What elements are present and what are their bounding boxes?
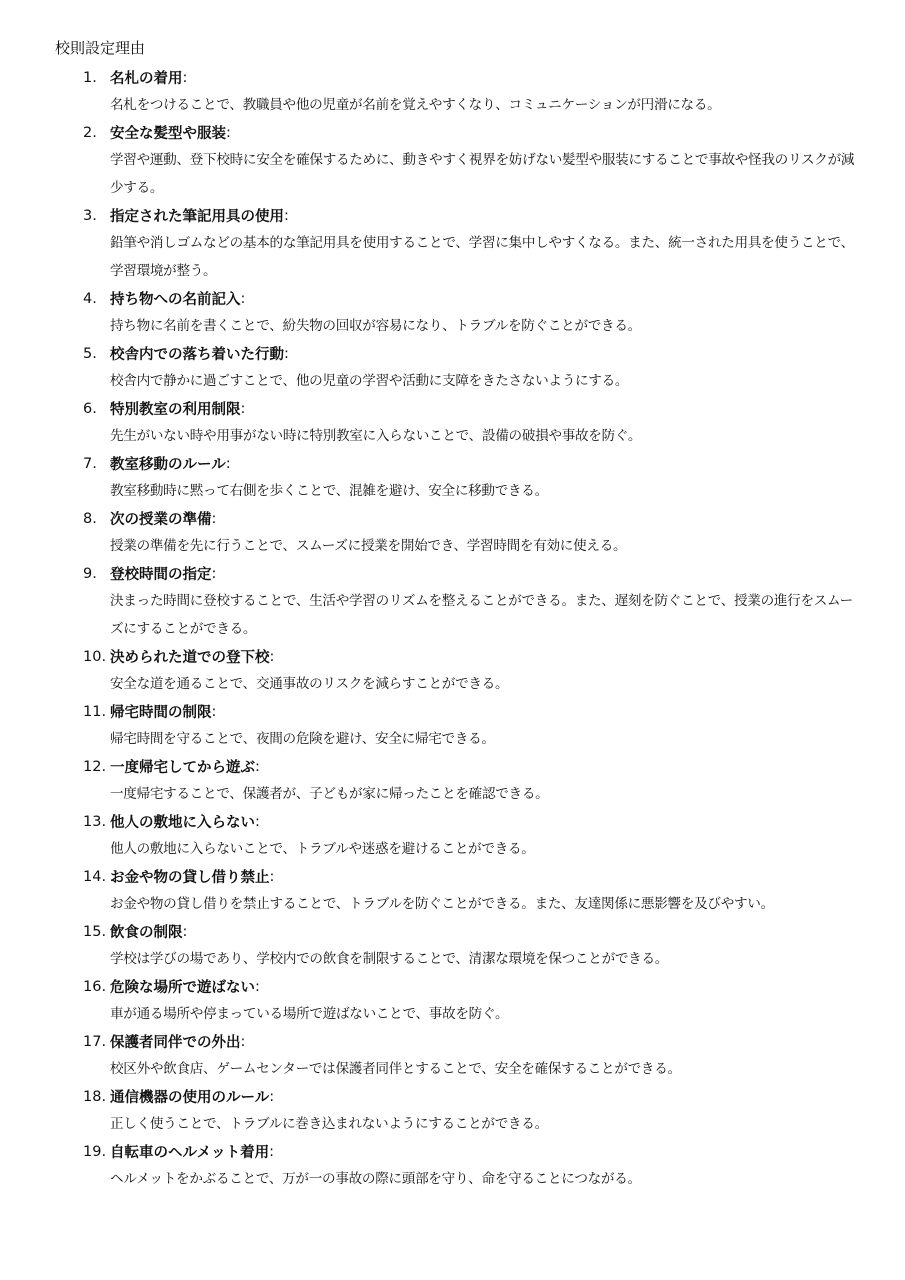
rule-heading: 1. 名札の着用: [83, 64, 863, 91]
rule-item: 6. 特別教室の利用制限: 先生がいない時や用事がない時に特別教室に入らないこと… [83, 395, 863, 450]
rule-item: 15. 飲食の制限: 学校は学びの場であり、学校内での飲食を制限することで、清潔… [83, 918, 863, 973]
rule-item: 7. 教室移動のルール: 教室移動時に黙って右側を歩くことで、混雑を避け、安全に… [83, 450, 863, 505]
rule-item: 11. 帰宅時間の制限: 帰宅時間を守ることで、夜間の危険を避け、安全に帰宅でき… [83, 698, 863, 753]
rule-number: 19. [83, 1144, 110, 1160]
rule-label: 次の授業の準備 [110, 508, 212, 529]
rule-label: 校舎内での落ち着いた行動 [110, 343, 284, 364]
rule-label: 安全な髪型や服装 [110, 122, 226, 143]
rule-number: 7. [83, 456, 110, 472]
rule-label: 教室移動のルール [110, 453, 226, 474]
rule-description: 学習や運動、登下校時に安全を確保するために、動きやすく視界を妨げない髪型や服装に… [110, 146, 863, 202]
rule-colon: : [241, 291, 246, 307]
rule-item: 19. 自転車のヘルメット着用: ヘルメットをかぶることで、万が一の事故の際に頭… [83, 1138, 863, 1193]
rule-item: 13. 他人の敷地に入らない: 他人の敷地に入らないことで、トラブルや迷惑を避け… [83, 808, 863, 863]
rule-colon: : [241, 1034, 246, 1050]
rule-label: 特別教室の利用制限 [110, 398, 241, 419]
rule-heading: 19. 自転車のヘルメット着用: [83, 1138, 863, 1165]
rule-number: 11. [83, 704, 110, 720]
rule-number: 12. [83, 759, 110, 775]
rule-colon: : [241, 401, 246, 417]
rule-number: 9. [83, 566, 110, 582]
rule-heading: 12. 一度帰宅してから遊ぶ: [83, 753, 863, 780]
rule-item: 2. 安全な髪型や服装: 学習や運動、登下校時に安全を確保するために、動きやすく… [83, 119, 863, 202]
rule-item: 5. 校舎内での落ち着いた行動: 校舎内で静かに過ごすことで、他の児童の学習や活… [83, 340, 863, 395]
rule-colon: : [270, 869, 275, 885]
rule-heading: 10. 決められた道での登下校: [83, 643, 863, 670]
rule-heading: 13. 他人の敷地に入らない: [83, 808, 863, 835]
rule-description: ヘルメットをかぶることで、万が一の事故の際に頭部を守り、命を守ることにつながる。 [110, 1165, 863, 1193]
rule-heading: 4. 持ち物への名前記入: [83, 285, 863, 312]
rule-heading: 9. 登校時間の指定: [83, 560, 863, 587]
rule-colon: : [270, 649, 275, 665]
rule-description: 先生がいない時や用事がない時に特別教室に入らないことで、設備の破損や事故を防ぐ。 [110, 422, 863, 450]
rule-colon: : [183, 70, 188, 86]
rule-number: 17. [83, 1034, 110, 1050]
rule-item: 18. 通信機器の使用のルール : 正しく使うことで、トラブルに巻き込まれないよ… [83, 1083, 863, 1138]
rule-heading: 17. 保護者同伴での外出: [83, 1028, 863, 1055]
rule-item: 3. 指定された筆記用具の使用: 鉛筆や消しゴムなどの基本的な筆記用具を使用する… [83, 202, 863, 285]
rule-number: 16. [83, 979, 110, 995]
rule-description: 正しく使うことで、トラブルに巻き込まれないようにすることができる。 [110, 1110, 863, 1138]
rule-label: 登校時間の指定 [110, 563, 212, 584]
rule-description: 他人の敷地に入らないことで、トラブルや迷惑を避けることができる。 [110, 835, 863, 863]
rule-label: 飲食の制限 [110, 921, 183, 942]
rule-colon: : [183, 924, 188, 940]
rule-label: 一度帰宅してから遊ぶ [110, 756, 255, 777]
rule-item: 4. 持ち物への名前記入: 持ち物に名前を書くことで、紛失物の回収が容易になり、… [83, 285, 863, 340]
document-title: 校則設定理由 [55, 37, 145, 59]
rule-label: 危険な場所で遊ばない [110, 976, 255, 997]
rule-number: 4. [83, 291, 110, 307]
document-page: 校則設定理由 1. 名札の着用: 名札をつけることで、教職員や他の児童が名前を覚… [0, 0, 905, 1280]
rule-colon: : [255, 759, 260, 775]
rule-number: 15. [83, 924, 110, 940]
rule-description: 一度帰宅することで、保護者が、子どもが家に帰ったことを確認できる。 [110, 780, 863, 808]
rule-heading: 16. 危険な場所で遊ばない: [83, 973, 863, 1000]
rule-number: 14. [83, 869, 110, 885]
rule-heading: 18. 通信機器の使用のルール : [83, 1083, 863, 1110]
rule-description: 名札をつけることで、教職員や他の児童が名前を覚えやすくなり、コミュニケーションが… [110, 91, 863, 119]
rule-colon: : [284, 346, 289, 362]
rule-label: 指定された筆記用具の使用 [110, 205, 284, 226]
rule-description: 学校は学びの場であり、学校内での飲食を制限することで、清潔な環境を保つことができ… [110, 945, 863, 973]
rule-colon: : [226, 456, 231, 472]
rule-colon: : [226, 125, 231, 141]
rule-label: 決められた道での登下校 [110, 646, 270, 667]
rule-item: 12. 一度帰宅してから遊ぶ: 一度帰宅することで、保護者が、子どもが家に帰った… [83, 753, 863, 808]
rule-description: 帰宅時間を守ることで、夜間の危険を避け、安全に帰宅できる。 [110, 725, 863, 753]
rule-item: 1. 名札の着用: 名札をつけることで、教職員や他の児童が名前を覚えやすくなり、… [83, 64, 863, 119]
rule-item: 17. 保護者同伴での外出: 校区外や飲食店、ゲームセンターでは保護者同伴とする… [83, 1028, 863, 1083]
rule-heading: 14. お金や物の貸し借り禁止: [83, 863, 863, 890]
rule-heading: 5. 校舎内での落ち着いた行動: [83, 340, 863, 367]
rule-colon: : [212, 704, 217, 720]
rule-heading: 2. 安全な髪型や服装: [83, 119, 863, 146]
rule-description: 決まった時間に登校することで、生活や学習のリズムを整えることができる。また、遅刻… [110, 587, 863, 643]
rule-number: 3. [83, 208, 110, 224]
rule-number: 8. [83, 511, 110, 527]
rule-description: 安全な道を通ることで、交通事故のリスクを減らすことができる。 [110, 670, 863, 698]
rule-description: 校舎内で静かに過ごすことで、他の児童の学習や活動に支障をきたさないようにする。 [110, 367, 863, 395]
rule-item: 10. 決められた道での登下校: 安全な道を通ることで、交通事故のリスクを減らす… [83, 643, 863, 698]
rule-number: 18. [83, 1089, 110, 1105]
rule-label: お金や物の貸し借り禁止 [110, 866, 270, 887]
rule-colon: : [284, 208, 289, 224]
rule-number: 1. [83, 70, 110, 86]
rule-label: 通信機器の使用のルール [110, 1086, 269, 1107]
rule-colon: : [212, 566, 217, 582]
rule-label: 保護者同伴での外出 [110, 1031, 241, 1052]
rule-number: 2. [83, 125, 110, 141]
rule-label: 他人の敷地に入らない [110, 811, 255, 832]
rule-heading: 6. 特別教室の利用制限: [83, 395, 863, 422]
rule-number: 13. [83, 814, 110, 830]
rule-heading: 7. 教室移動のルール: [83, 450, 863, 477]
rule-description: 鉛筆や消しゴムなどの基本的な筆記用具を使用することで、学習に集中しやすくなる。ま… [110, 229, 863, 285]
rule-label: 帰宅時間の制限 [110, 701, 212, 722]
rule-description: お金や物の貸し借りを禁止することで、トラブルを防ぐことができる。また、友達関係に… [110, 890, 863, 918]
rule-colon: : [255, 814, 260, 830]
rule-label: 名札の着用 [110, 67, 183, 88]
rule-item: 14. お金や物の貸し借り禁止: お金や物の貸し借りを禁止することで、トラブルを… [83, 863, 863, 918]
rule-colon: : [212, 511, 217, 527]
rule-number: 5. [83, 346, 110, 362]
rule-colon: : [255, 979, 260, 995]
rule-item: 9. 登校時間の指定: 決まった時間に登校することで、生活や学習のリズムを整える… [83, 560, 863, 643]
rule-heading: 3. 指定された筆記用具の使用: [83, 202, 863, 229]
rule-label: 持ち物への名前記入 [110, 288, 241, 309]
rules-list: 1. 名札の着用: 名札をつけることで、教職員や他の児童が名前を覚えやすくなり、… [83, 64, 863, 1193]
rule-heading: 8. 次の授業の準備: [83, 505, 863, 532]
rule-description: 車が通る場所や停まっている場所で遊ばないことで、事故を防ぐ。 [110, 1000, 863, 1028]
rule-label: 自転車のヘルメット着用 [110, 1141, 269, 1162]
rule-colon: : [269, 1089, 274, 1105]
rule-heading: 11. 帰宅時間の制限: [83, 698, 863, 725]
rule-description: 教室移動時に黙って右側を歩くことで、混雑を避け、安全に移動できる。 [110, 477, 863, 505]
rule-item: 8. 次の授業の準備: 授業の準備を先に行うことで、スムーズに授業を開始でき、学… [83, 505, 863, 560]
rule-number: 10. [83, 649, 110, 665]
rule-number: 6. [83, 401, 110, 417]
rule-heading: 15. 飲食の制限: [83, 918, 863, 945]
rule-item: 16. 危険な場所で遊ばない: 車が通る場所や停まっている場所で遊ばないことで、… [83, 973, 863, 1028]
rule-description: 持ち物に名前を書くことで、紛失物の回収が容易になり、トラブルを防ぐことができる。 [110, 312, 863, 340]
rule-description: 校区外や飲食店、ゲームセンターでは保護者同伴とすることで、安全を確保することがで… [110, 1055, 863, 1083]
rule-colon: : [269, 1144, 274, 1160]
rule-description: 授業の準備を先に行うことで、スムーズに授業を開始でき、学習時間を有効に使える。 [110, 532, 863, 560]
